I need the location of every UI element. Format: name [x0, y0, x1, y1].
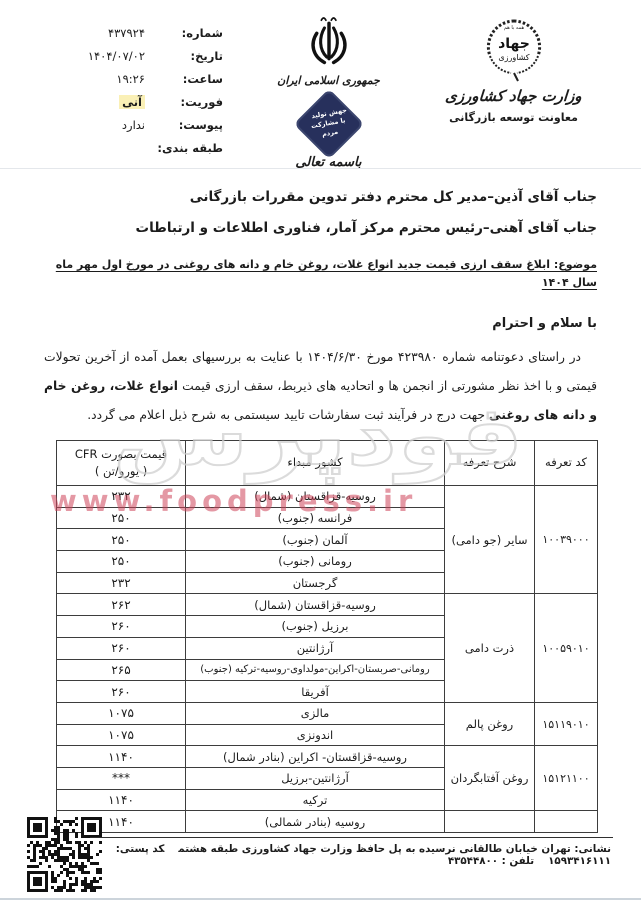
price-cell: ۱۰۷۵ [57, 724, 186, 746]
tariff-code-cell [535, 811, 598, 833]
tariff-desc-cell [445, 811, 535, 833]
tariff-desc-cell: ذرت دامی [445, 594, 535, 702]
qr-code [27, 817, 102, 892]
origin-cell: آرژانتین [186, 637, 445, 659]
ministry-block: همه با هم جهاد کشاورزی وزارت جهاد کشاورز… [416, 14, 611, 156]
ministry-department: معاونت توسعه بازرگانی [416, 111, 611, 124]
national-emblem-block: جمهوری اسلامی ایران جهش تولید با مشارکت … [249, 14, 409, 156]
footer-phone: تلفن : ۴۳۵۴۴۸۰۰ [448, 855, 534, 867]
letter-document: همه با هم جهاد کشاورزی وزارت جهاد کشاورز… [0, 0, 641, 900]
origin-cell: رومانی (جنوب) [186, 551, 445, 573]
salutation: با سلام و احترام [44, 316, 597, 331]
meta-urgency: فوریت: آنی [26, 95, 223, 118]
origin-cell: روسیه (بنادر شمالی) [186, 811, 445, 833]
meta-urgency-label: فوریت: [151, 95, 223, 109]
price-cell: ۲۶۰ [57, 681, 186, 703]
price-cell: ۲۵۰ [57, 529, 186, 551]
table-row: ۱۵۱۱۹۰۱۰ روغن پالم مالزی ۱۰۷۵ [57, 702, 598, 724]
meta-classification: طبقه بندی: [26, 141, 223, 164]
tariff-desc-cell: روغن آفتابگردان [445, 746, 535, 811]
tariff-code-cell: ۱۵۱۱۹۰۱۰ [535, 702, 598, 745]
body-text-2: جهت درج در فرآیند ثبت سفارشات تایید سیست… [87, 408, 489, 422]
tariff-desc-cell: سایر (جو دامی) [445, 486, 535, 594]
table-row: ۱۰۰۳۹۰۰۰ سایر (جو دامی) روسیه-قزاقستان (… [57, 486, 598, 508]
price-cell: *** [57, 767, 186, 789]
header-tariff-code: کد تعرفه [535, 441, 598, 486]
meta-time: ساعت: ۱۹:۲۶ [26, 72, 223, 95]
price-table: کد تعرفه شرح تعرفه کشور مبداء قیمت بصورت… [56, 440, 598, 833]
origin-cell: روسیه-قزاقستان (شمال) [186, 594, 445, 616]
table-row: ۱۰۰۵۹۰۱۰ ذرت دامی روسیه-قزاقستان (شمال) … [57, 594, 598, 616]
origin-cell: مالزی [186, 702, 445, 724]
body-paragraph: در راستای دعوتنامه شماره ۴۲۳۹۸۰ مورخ ۱۴۰… [44, 343, 597, 430]
origin-cell: گرجستان [186, 572, 445, 594]
origin-cell: برزیل (جنوب) [186, 616, 445, 638]
meta-number-value: ۴۳۷۹۲۴ [108, 26, 145, 40]
tariff-desc-cell: روغن پالم [445, 702, 535, 745]
letter-metadata: شماره: ۴۳۷۹۲۴ تاریخ: ۱۴۰۴/۰۷/۰۲ ساعت: ۱۹… [26, 14, 241, 156]
meta-date-label: تاریخ: [151, 49, 223, 63]
price-cell: ۲۶۰ [57, 616, 186, 638]
origin-cell: ترکیه [186, 789, 445, 811]
year-slogan-badge: جهش تولید با مشارکت مردم [293, 89, 364, 160]
svg-text:کشاورزی: کشاورزی [498, 53, 529, 62]
meta-date-value: ۱۴۰۴/۰۷/۰۲ [88, 49, 145, 63]
wheat-wreath-icon: همه با هم جهاد کشاورزی [481, 16, 547, 84]
subject-line: موضوع: ابلاغ سقف ارزی قیمت جدید انواع غل… [44, 256, 597, 292]
price-cell: ۲۳۲ [57, 486, 186, 508]
meta-date: تاریخ: ۱۴۰۴/۰۷/۰۲ [26, 49, 223, 72]
table-row: روسیه (بنادر شمالی) ۱۱۴۰ [57, 811, 598, 833]
origin-cell: فرانسه (جنوب) [186, 507, 445, 529]
tariff-code-cell: ۱۰۰۳۹۰۰۰ [535, 486, 598, 594]
price-cell: ۲۵۰ [57, 507, 186, 529]
price-cell: ۲۶۵ [57, 659, 186, 681]
origin-cell: آرژانتین-برزیل [186, 767, 445, 789]
price-cell: ۲۶۰ [57, 637, 186, 659]
table-row: ۱۵۱۲۱۱۰۰ روغن آفتابگردان روسیه-قزاقستان-… [57, 746, 598, 768]
price-cell: ۲۶۲ [57, 594, 186, 616]
origin-cell: آفریقا [186, 681, 445, 703]
meta-urgency-value: آنی [119, 95, 145, 109]
tariff-code-cell: ۱۵۱۲۱۱۰۰ [535, 746, 598, 811]
recipient-line: جناب آقای آهنی–رئیس محترم مرکز آمار، فنا… [44, 213, 597, 244]
meta-attachment: پیوست: ندارد [26, 118, 223, 141]
letterhead: همه با هم جهاد کشاورزی وزارت جهاد کشاورز… [0, 0, 641, 156]
header-price-line1: قیمت بصورت CFR [60, 446, 182, 463]
header-origin-country: کشور مبداء [186, 441, 445, 486]
svg-text:همه با هم: همه با هم [503, 25, 524, 31]
price-cell: ۱۱۴۰ [57, 746, 186, 768]
recipient-line: جناب آقای آذین–مدیر کل محترم دفتر تدوین … [44, 182, 597, 213]
recipients: جناب آقای آذین–مدیر کل محترم دفتر تدوین … [44, 182, 597, 244]
svg-text:جهاد: جهاد [498, 36, 530, 52]
jihad-agriculture-logo-icon: همه با هم جهاد کشاورزی [416, 16, 611, 84]
header-price: قیمت بصورت CFR ( یورو/تن ) [57, 441, 186, 486]
origin-cell: روسیه-قزاقستان (شمال) [186, 486, 445, 508]
table-header-row: کد تعرفه شرح تعرفه کشور مبداء قیمت بصورت… [57, 441, 598, 486]
ministry-name: وزارت جهاد کشاورزی [415, 87, 611, 105]
meta-time-label: ساعت: [151, 72, 223, 86]
origin-cell: رومانی-صربستان-اکراین-مولداوی-روسیه-ترکی… [186, 659, 445, 681]
meta-attachment-label: پیوست: [151, 118, 223, 132]
meta-number-label: شماره: [151, 26, 223, 40]
price-cell: ۱۰۷۵ [57, 702, 186, 724]
tariff-code-cell: ۱۰۰۵۹۰۱۰ [535, 594, 598, 702]
footer-contact: نشانی: تهران خیابان طالقانی نرسیده به پل… [95, 843, 611, 867]
header-tariff-desc: شرح تعرفه [445, 441, 535, 486]
footer-address: نشانی: تهران خیابان طالقانی نرسیده به پل… [178, 843, 611, 855]
country-name: جمهوری اسلامی ایران [249, 74, 409, 87]
meta-classification-label: طبقه بندی: [151, 141, 223, 155]
year-slogan-text: جهش تولید با مشارکت مردم [304, 109, 354, 138]
meta-number: شماره: ۴۳۷۹۲۴ [26, 26, 223, 49]
footer-divider [90, 837, 613, 838]
iran-emblem-icon [306, 14, 352, 68]
origin-cell: آلمان (جنوب) [186, 529, 445, 551]
price-cell: ۱۱۴۰ [57, 789, 186, 811]
meta-time-value: ۱۹:۲۶ [116, 72, 145, 86]
header-price-line2: ( یورو/تن ) [60, 463, 182, 480]
header-divider [0, 168, 641, 169]
price-cell: ۲۳۲ [57, 572, 186, 594]
price-cell: ۲۵۰ [57, 551, 186, 573]
origin-cell: اندونزی [186, 724, 445, 746]
origin-cell: روسیه-قزاقستان- اکراین (بنادر شمال) [186, 746, 445, 768]
meta-attachment-value: ندارد [122, 118, 145, 132]
